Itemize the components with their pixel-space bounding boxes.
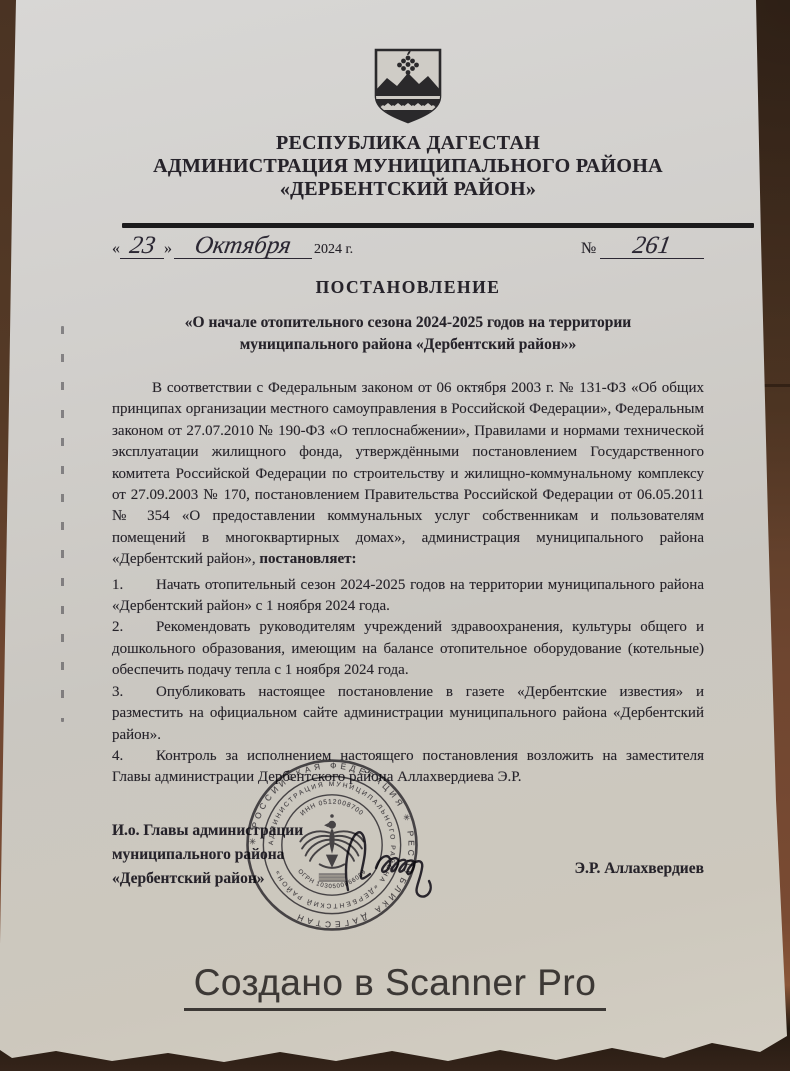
org-header-line1: РЕСПУБЛИКА ДАГЕСТАН bbox=[112, 132, 704, 155]
close-quote: » bbox=[164, 240, 172, 258]
scanned-document-photo: РЕСПУБЛИКА ДАГЕСТАН АДМИНИСТРАЦИЯ МУНИЦИ… bbox=[0, 0, 790, 1071]
preamble-paragraph: В соответствии с Федеральным законом от … bbox=[112, 378, 704, 571]
document-body: В соответствии с Федеральным законом от … bbox=[112, 378, 704, 789]
document-subject: «О начале отопительного сезона 2024-2025… bbox=[112, 312, 704, 356]
organization-header: РЕСПУБЛИКА ДАГЕСТАН АДМИНИСТРАЦИЯ МУНИЦИ… bbox=[112, 132, 704, 201]
scan-artifact-marks bbox=[61, 326, 64, 722]
number-sign: № bbox=[581, 240, 596, 257]
preamble-text: В соответствии с Федеральным законом от … bbox=[112, 380, 704, 567]
decree-item-2: 2.Рекомендовать руководителям учреждений… bbox=[112, 617, 704, 681]
watermark-row: Создано в Scanner Pro bbox=[0, 962, 790, 1011]
preamble-resolves-word: постановляет: bbox=[259, 551, 356, 567]
header-divider-rule bbox=[122, 223, 754, 228]
document-title: ПОСТАНОВЛЕНИЕ bbox=[112, 277, 704, 298]
org-header-line3: «ДЕРБЕНТСКИЙ РАЙОН» bbox=[112, 178, 704, 201]
subject-line2: муниципального района «Дербентский район… bbox=[112, 334, 704, 356]
open-quote: « bbox=[112, 240, 120, 258]
year-suffix: 2024 г. bbox=[314, 242, 353, 258]
subject-line1: «О начале отопительного сезона 2024-2025… bbox=[112, 312, 704, 334]
handwritten-signature bbox=[330, 810, 480, 905]
document-number-field: № 261 bbox=[581, 235, 704, 259]
decree-item-3: 3.Опубликовать настоящее постановление в… bbox=[112, 682, 704, 746]
dateline-row: « 23 » Октября 2024 г. № 261 bbox=[112, 235, 704, 259]
org-header-line2: АДМИНИСТРАЦИЯ МУНИЦИПАЛЬНОГО РАЙОНА bbox=[112, 155, 704, 178]
decree-item-1: 1.Начать отопительный сезон 2024-2025 го… bbox=[112, 575, 704, 618]
handwritten-number: 261 bbox=[631, 235, 672, 257]
signer-name: Э.Р. Аллахвердиев bbox=[575, 857, 704, 881]
derbent-coat-of-arms-icon bbox=[370, 46, 446, 126]
scanner-pro-watermark: Создано в Scanner Pro bbox=[184, 962, 607, 1011]
handwritten-day: 23 bbox=[128, 235, 157, 257]
handwritten-month: Октября bbox=[193, 235, 293, 257]
date-field: « 23 » Октября 2024 г. bbox=[112, 235, 353, 259]
document-page: РЕСПУБЛИКА ДАГЕСТАН АДМИНИСТРАЦИЯ МУНИЦИ… bbox=[0, 0, 790, 1071]
